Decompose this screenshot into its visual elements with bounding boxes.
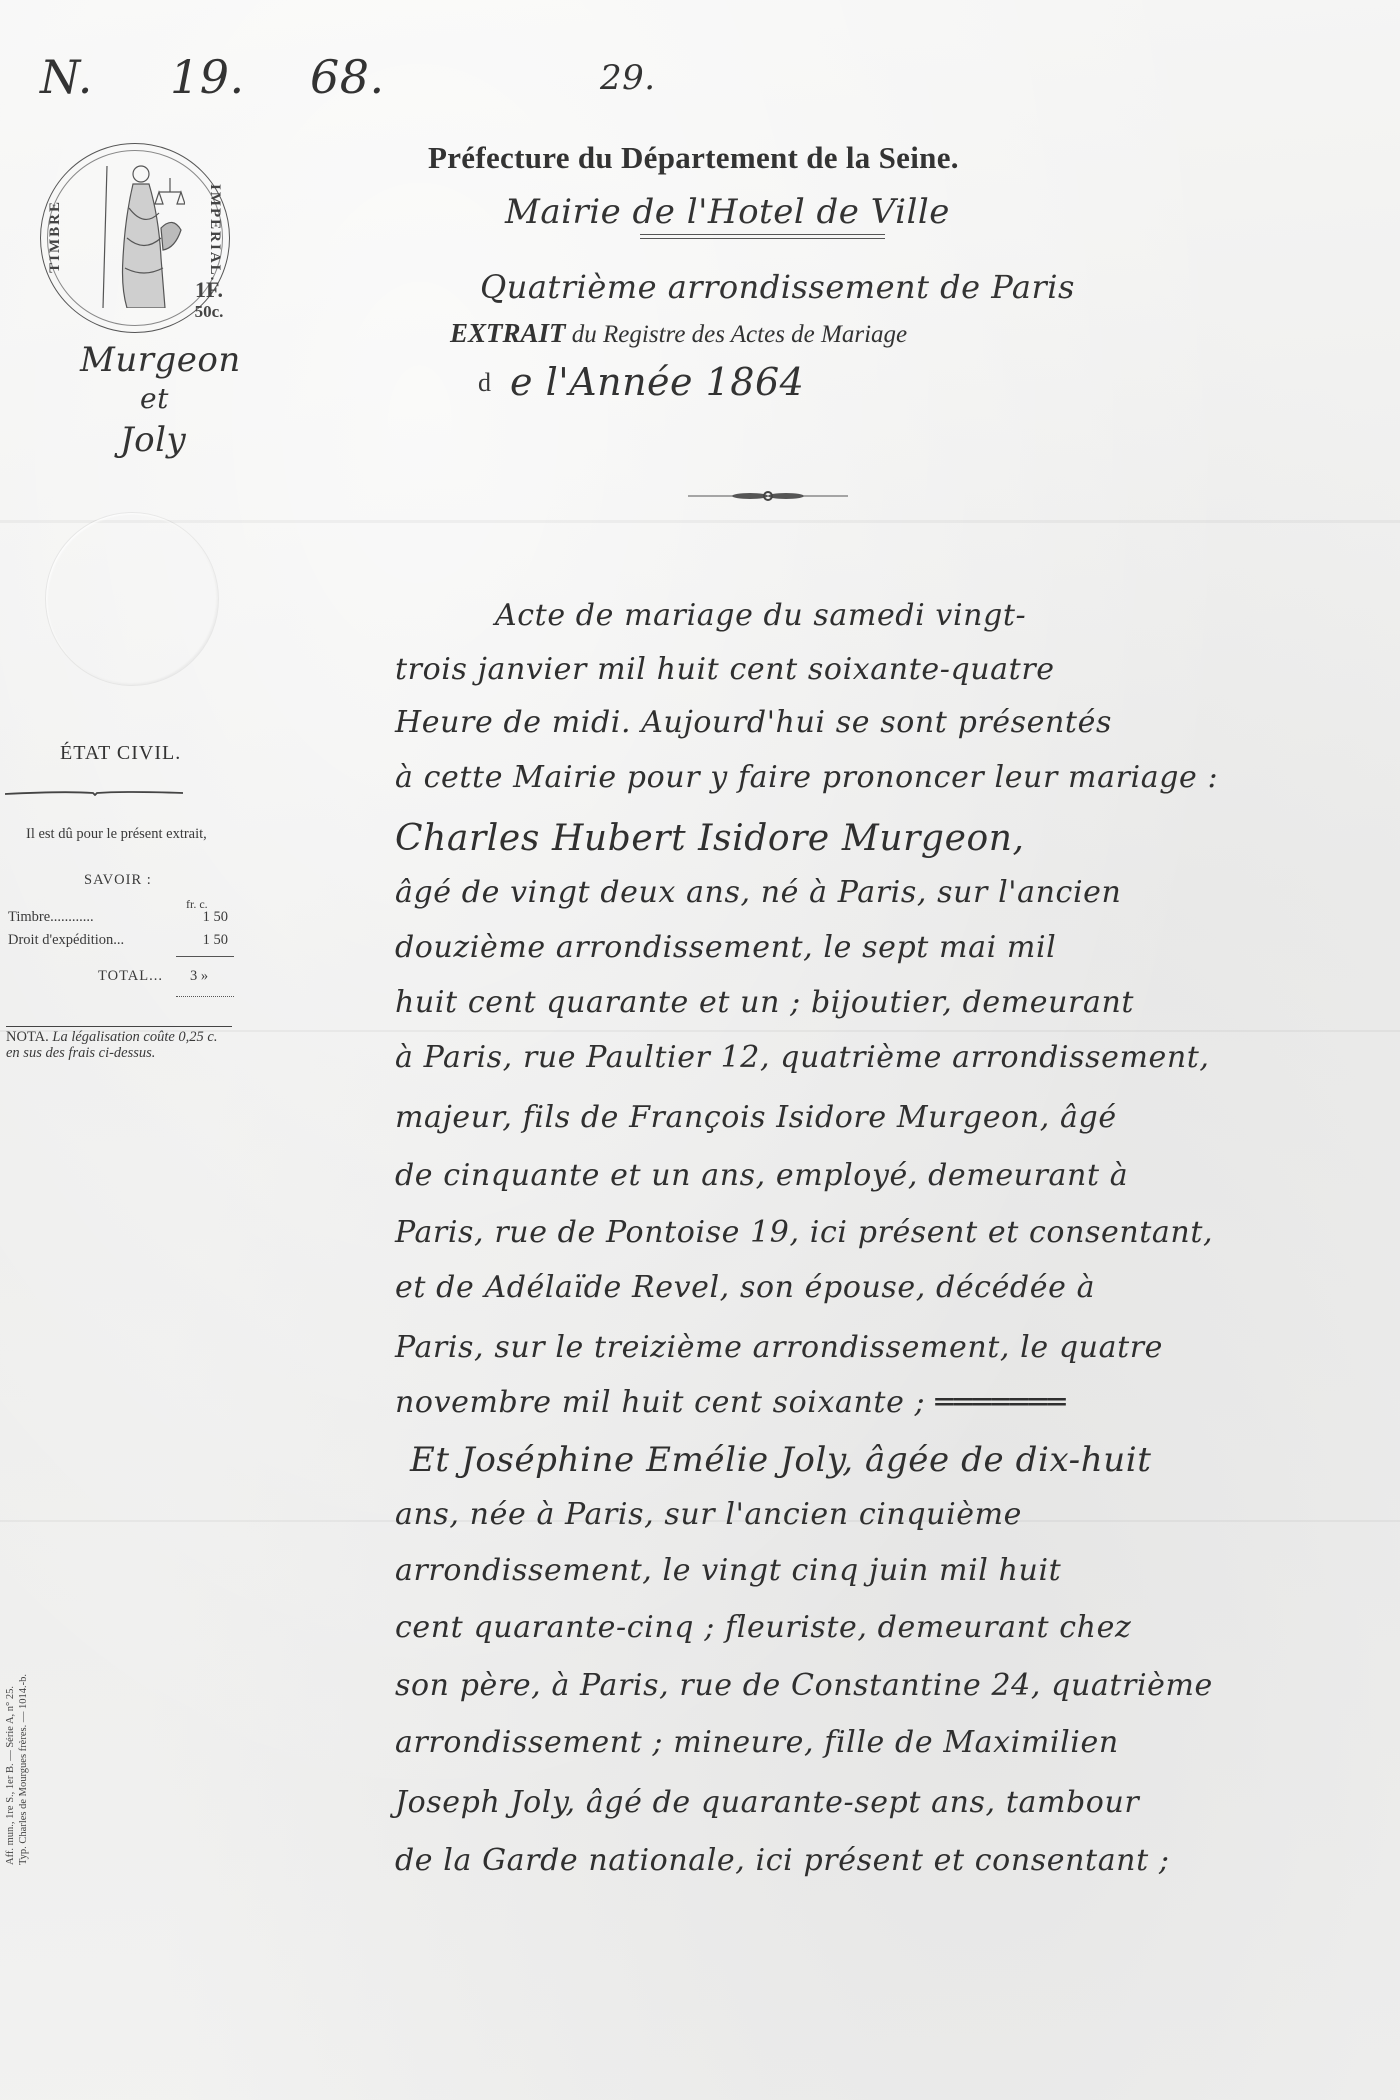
body-line: Joseph Joly, âgé de quarante-sept ans, t…: [395, 1785, 1139, 1820]
annee-prefix: d: [478, 368, 491, 398]
fee-table: Timbre............ 1 50 Droit d'expéditi…: [8, 909, 236, 949]
margin-name-et: et: [140, 382, 169, 415]
stamp-right-text: IMPERIAL.: [206, 184, 223, 282]
fee-row-timbre: Timbre............ 1 50: [8, 909, 236, 926]
stamp-left-text: TIMBRE: [47, 200, 64, 273]
extrait-rest: du Registre des Actes de Mariage: [572, 321, 907, 348]
fee-savoir: SAVOIR :: [84, 872, 152, 889]
fee-label: Timbre............: [8, 909, 94, 926]
imperial-tax-stamp: TIMBRE IMPERIAL. 1F. 50c.: [40, 143, 230, 333]
margin-name-bride: Joly: [120, 420, 186, 460]
fee-total-value: 3 »: [190, 968, 208, 985]
embossed-seal: [45, 512, 219, 686]
fee-value: 1 50: [203, 932, 228, 949]
body-line: Et Joséphine Emélie Joly, âgée de dix-hu…: [410, 1440, 1151, 1480]
body-line: douzième arrondissement, le sept mai mil: [395, 930, 1056, 965]
fee-due-text: Il est dû pour le présent extrait,: [8, 822, 234, 846]
paper-crease: [0, 520, 1400, 523]
body-line: novembre mil huit cent soixante ; ══════…: [395, 1385, 1066, 1420]
fee-total-label: TOTAL...: [98, 968, 163, 985]
mairie-underline: [640, 234, 885, 239]
body-line: ans, née à Paris, sur l'ancien cinquième: [395, 1497, 1022, 1532]
reference-prefix: N.: [40, 50, 93, 104]
fee-subtotal-rule: [176, 956, 234, 957]
etat-civil-heading: ÉTAT CIVIL.: [60, 742, 181, 765]
fee-value: 1 50: [203, 909, 228, 926]
body-line: cent quarante-cinq ; fleuriste, demeuran…: [395, 1610, 1131, 1645]
extrait-bold: EXTRAIT: [450, 318, 566, 348]
justice-figure-icon: [89, 158, 185, 308]
ornament-divider-icon: [688, 490, 848, 502]
body-line: huit cent quarante et un ; bijoutier, de…: [395, 985, 1134, 1020]
imprint-line-1: Aff. mun., 1re S., 1er B. — Série A, n° …: [4, 1545, 17, 1865]
printer-imprint: Aff. mun., 1re S., 1er B. — Série A, n° …: [4, 1545, 30, 1865]
body-line: arrondissement ; mineure, fille de Maxim…: [395, 1725, 1119, 1760]
reference-number-3: 29.: [600, 58, 656, 98]
body-line: à Paris, rue Paultier 12, quatrième arro…: [395, 1040, 1210, 1075]
fee-row-expedition: Droit d'expédition... 1 50: [8, 932, 236, 949]
body-line: à cette Mairie pour y faire prononcer le…: [395, 760, 1218, 795]
body-line: son père, à Paris, rue de Constantine 24…: [395, 1668, 1213, 1703]
body-line: de la Garde nationale, ici présent et co…: [395, 1843, 1170, 1878]
body-line: Paris, rue de Pontoise 19, ici présent e…: [395, 1215, 1213, 1250]
body-line: trois janvier mil huit cent soixante-qua…: [395, 652, 1055, 687]
prefecture-title: Préfecture du Département de la Seine.: [428, 140, 959, 176]
body-line: arrondissement, le vingt cinq juin mil h…: [395, 1553, 1061, 1588]
nota-note: NOTA. La légalisation coûte 0,25 c. en s…: [6, 1026, 232, 1061]
stamp-value: 1F. 50c.: [187, 279, 231, 320]
body-line: majeur, fils de François Isidore Murgeon…: [395, 1100, 1117, 1135]
arrondissement: Quatrième arrondissement de Paris: [480, 268, 1075, 306]
body-line: âgé de vingt deux ans, né à Paris, sur l…: [395, 875, 1121, 910]
body-line: de cinquante et un ans, employé, demeura…: [395, 1158, 1128, 1193]
imprint-line-2: Typ. Charles de Mourgues frères. — 1014.…: [17, 1545, 30, 1865]
stamp-centimes: 50c.: [187, 303, 231, 320]
fee-label: Droit d'expédition...: [8, 932, 124, 949]
etat-civil-rule: [5, 790, 183, 796]
annee-value: e l'Année 1864: [510, 360, 804, 404]
body-line: Paris, sur le treizième arrondissement, …: [395, 1330, 1163, 1365]
body-line: Charles Hubert Isidore Murgeon,: [395, 818, 1025, 859]
body-line: et de Adélaïde Revel, son épouse, décédé…: [395, 1270, 1095, 1305]
reference-number-1: 19.: [170, 50, 245, 104]
stamp-francs: 1F.: [187, 279, 231, 301]
body-line: Acte de mariage du samedi vingt-: [495, 598, 1026, 633]
reference-number-2: 68.: [310, 50, 385, 104]
fee-total-rule: [176, 996, 234, 997]
mairie-name: Mairie de l'Hotel de Ville: [505, 192, 950, 232]
nota-label: NOTA.: [6, 1029, 49, 1045]
extrait-heading: EXTRAIT du Registre des Actes de Mariage: [450, 318, 907, 349]
margin-name-groom: Murgeon: [80, 340, 241, 380]
body-line: Heure de midi. Aujourd'hui se sont prése…: [395, 705, 1112, 740]
